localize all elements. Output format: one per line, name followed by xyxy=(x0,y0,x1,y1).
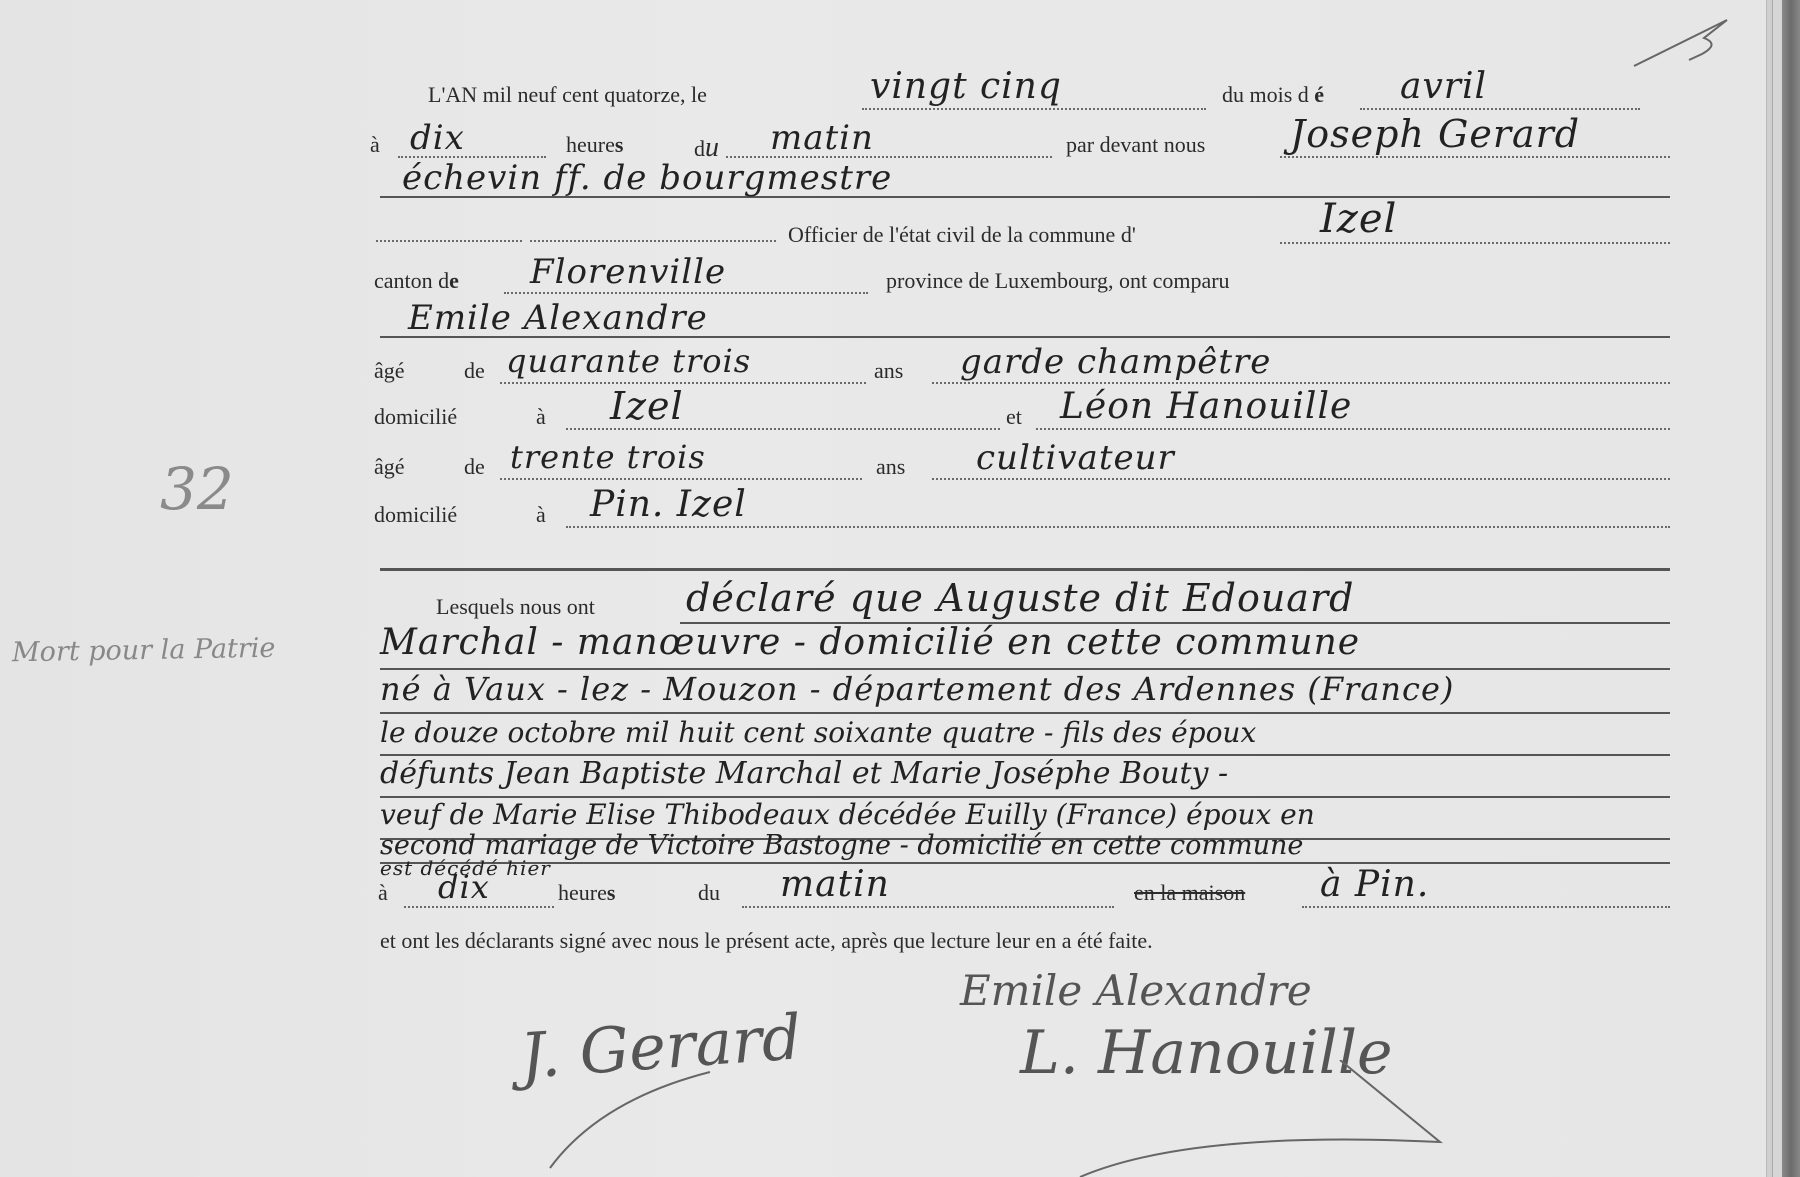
day-value: vingt cinq xyxy=(870,66,1062,107)
domicile-label: domicilié xyxy=(374,502,457,528)
declarant1-age: quarante trois xyxy=(506,342,751,380)
declarant2-age: trente trois xyxy=(510,438,706,476)
a-label: à xyxy=(536,404,546,430)
de-label: de xyxy=(464,454,485,480)
signature-flourish xyxy=(540,1060,760,1170)
province-label: province de Luxembourg, ont comparu xyxy=(886,268,1230,294)
dotted-line xyxy=(742,906,1114,908)
declaration-line-4: le douze octobre mil huit cent soixante … xyxy=(380,716,1256,749)
domicile-label: domicilié xyxy=(374,404,457,430)
page-number-mark xyxy=(1632,18,1772,78)
commune-label: Officier de l'état civil de la commune d… xyxy=(788,222,1136,248)
officer-title: échevin ff. de bourgmestre xyxy=(402,158,892,198)
declarant2-occupation: cultivateur xyxy=(976,438,1175,478)
closing-text: et ont les déclarants signé avec nous le… xyxy=(380,928,1153,954)
register-page: 32 Mort pour la Patrie L'AN mil neuf cen… xyxy=(0,0,1766,1177)
a-label: à xyxy=(370,132,380,158)
declarant1-occupation: garde champêtre xyxy=(960,342,1271,382)
signature-declarant1: Emile Alexandre xyxy=(960,966,1312,1015)
death-place: à Pin. xyxy=(1320,864,1429,905)
dotted-line xyxy=(1280,242,1670,244)
dotted-line xyxy=(1280,156,1670,158)
de-label: de xyxy=(464,358,485,384)
declaration-line-1: déclaré que Auguste dit Edouard xyxy=(686,576,1354,620)
heures-label: heures xyxy=(558,880,615,906)
a-label: à xyxy=(378,880,388,906)
canton-label: canton de xyxy=(374,268,459,294)
dotted-line xyxy=(862,108,1206,110)
signature-flourish xyxy=(1040,1060,1460,1177)
month-value: avril xyxy=(1400,66,1487,107)
dotted-line xyxy=(376,240,522,242)
margin-annotation: Mort pour la Patrie xyxy=(12,633,276,669)
period-value: matin xyxy=(770,118,874,158)
record-number: 32 xyxy=(160,455,234,523)
dotted-line xyxy=(530,240,776,242)
et-label: et xyxy=(1006,404,1022,430)
age-label: âgé xyxy=(374,358,405,384)
dotted-line xyxy=(566,526,1670,528)
section-separator xyxy=(380,568,1670,571)
dotted-line xyxy=(1036,428,1670,430)
ans-label: ans xyxy=(876,454,905,480)
hour-value: dix xyxy=(410,118,465,158)
commune-value: Izel xyxy=(1320,196,1397,242)
death-hour: dix xyxy=(438,868,490,906)
dotted-line xyxy=(500,478,862,480)
dotted-line xyxy=(932,478,1670,480)
declaration-line-2: Marchal - manœuvre - domicilié en cette … xyxy=(380,622,1360,663)
canton-value: Florenville xyxy=(530,252,726,292)
par-devant-label: par devant nous xyxy=(1066,132,1205,158)
declaration-line-6: veuf de Marie Elise Thibodeaux décédée E… xyxy=(380,798,1315,831)
heures-label: heures xyxy=(566,132,623,158)
declaration-line-3: né à Vaux - lez - Mouzon - département d… xyxy=(380,670,1454,708)
du-label: du xyxy=(698,880,720,906)
book-binding xyxy=(1782,0,1800,1177)
officer-name: Joseph Gerard xyxy=(1290,112,1580,156)
dotted-line xyxy=(404,906,554,908)
dotted-line xyxy=(932,382,1670,384)
place-label-struck: en la maison xyxy=(1134,880,1245,906)
declarant1-domicile: Izel xyxy=(610,384,684,428)
declaration-lead: Lesquels nous ont xyxy=(436,594,595,620)
declarant1-name: Emile Alexandre xyxy=(408,298,708,338)
header-printed-text: L'AN mil neuf cent quatorze, le xyxy=(428,82,707,108)
ans-label: ans xyxy=(874,358,903,384)
dotted-line xyxy=(504,292,868,294)
dotted-line xyxy=(1360,108,1640,110)
a-label: à xyxy=(536,502,546,528)
dotted-line xyxy=(1302,906,1670,908)
underline xyxy=(380,712,1670,714)
month-label: du mois d é xyxy=(1222,82,1324,108)
declarant2-name: Léon Hanouille xyxy=(1060,386,1352,427)
declaration-line-5: défunts Jean Baptiste Marchal et Marie J… xyxy=(380,756,1228,791)
declarant2-domicile: Pin. Izel xyxy=(590,484,747,525)
age-label: âgé xyxy=(374,454,405,480)
death-period: matin xyxy=(780,864,890,905)
dotted-line xyxy=(566,428,1000,430)
underline xyxy=(380,862,1670,864)
